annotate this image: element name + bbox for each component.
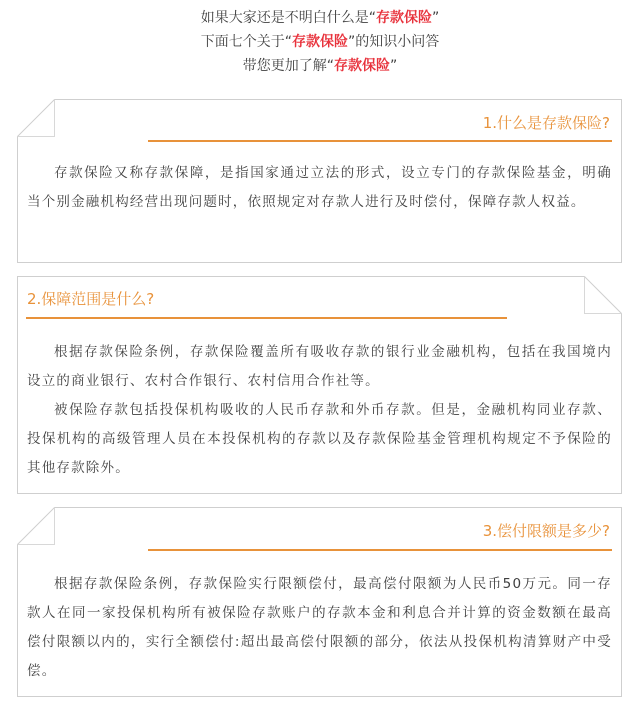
qa-card-3: 3.偿付限额是多少? 根据存款保险条例，存款保险实行限额偿付，最高偿付限额为人民… [17, 507, 622, 697]
section-body: 存款保险又称存款保障，是指国家通过立法的形式，设立专门的存款保险基金，明确当个别… [27, 159, 612, 217]
section-body: 根据存款保险条例，存款保险覆盖所有吸收存款的银行业金融机构，包括在我国境内设立的… [27, 338, 612, 483]
close-quote: ” [390, 58, 397, 74]
paragraph: 被保险存款包括投保机构吸收的人民币存款和外币存款。但是，金融机构同业存款、投保机… [27, 396, 612, 483]
title-underline [148, 140, 612, 142]
highlight-keyword: 存款保险 [292, 34, 348, 50]
open-quote: “ [369, 10, 376, 26]
open-quote: “ [285, 34, 292, 50]
paragraph: 根据存款保险条例，存款保险覆盖所有吸收存款的银行业金融机构，包括在我国境内设立的… [27, 338, 612, 396]
intro-line-1: 如果大家还是不明白什么是“存款保险” [0, 6, 640, 30]
intro-text: 带您更加了解 [243, 58, 327, 74]
qa-card-2: 2.保障范围是什么? 根据存款保险条例，存款保险覆盖所有吸收存款的银行业金融机构… [17, 276, 622, 494]
section-body: 根据存款保险条例，存款保险实行限额偿付，最高偿付限额为人民币50万元。同一存款人… [27, 570, 612, 686]
paragraph: 存款保险又称存款保障，是指国家通过立法的形式，设立专门的存款保险基金，明确当个别… [27, 159, 612, 217]
intro-block: 如果大家还是不明白什么是“存款保险” 下面七个关于“存款保险”的知识小问答 带您… [0, 6, 640, 78]
close-quote: ” [432, 10, 439, 26]
open-quote: “ [327, 58, 334, 74]
intro-text: 下面七个关于 [201, 34, 285, 50]
title-underline [26, 317, 507, 319]
section-title: 2.保障范围是什么? [27, 288, 154, 309]
section-title: 1.什么是存款保险? [483, 112, 610, 133]
title-underline [148, 549, 612, 551]
section-title: 3.偿付限额是多少? [483, 520, 610, 541]
intro-text: 的知识小问答 [355, 34, 439, 50]
intro-line-2: 下面七个关于“存款保险”的知识小问答 [0, 30, 640, 54]
paragraph: 根据存款保险条例，存款保险实行限额偿付，最高偿付限额为人民币50万元。同一存款人… [27, 570, 612, 686]
intro-line-3: 带您更加了解“存款保险” [0, 54, 640, 78]
highlight-keyword: 存款保险 [376, 10, 432, 26]
intro-text: 如果大家还是不明白什么是 [201, 10, 369, 26]
qa-card-1: 1.什么是存款保险? 存款保险又称存款保障，是指国家通过立法的形式，设立专门的存… [17, 99, 622, 263]
highlight-keyword: 存款保险 [334, 58, 390, 74]
